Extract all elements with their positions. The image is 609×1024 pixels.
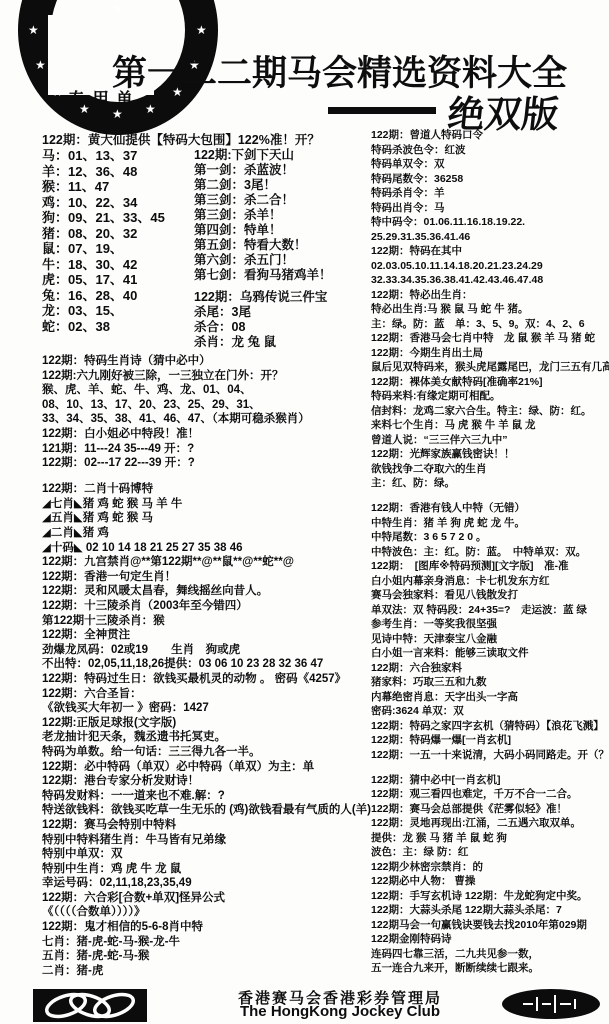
text-line: 122期：六合彩[合数+单双]怪异公式: [42, 891, 374, 906]
text-line: 122期：九宫禁肖@**第122期**@**鼠**@**蛇**@: [42, 555, 374, 570]
text-line: 内幕绝密肖息：天字出头一字高: [371, 690, 609, 705]
footer-english-title: The HongKong Jockey Club: [180, 1003, 500, 1020]
text-line: 02.03.05.10.11.14.18.20.21.23.24.29: [371, 259, 609, 274]
text-line: 122期：灵地再现出:江涌，二五遇六取双单。: [371, 816, 609, 831]
text-line: 兔：16、28、40: [42, 288, 194, 304]
text-line: 122期：猜中必中[一肖玄机]: [371, 773, 609, 788]
text-line: 第二剑：3尾！: [194, 178, 374, 193]
text-line: 杀肖：龙 兔 鼠: [194, 335, 374, 350]
text-line: ◢二肖◣猪 鸡: [42, 526, 374, 541]
text-line: ◢七肖◣猪 鸡 蛇 猴 马 羊 牛: [42, 497, 374, 512]
text-line: 特码来料:有缘定期可相配。: [371, 389, 609, 404]
text-line: 虎：05、17、41: [42, 272, 194, 288]
text-line: 第五剑：特看大数！: [194, 238, 374, 253]
text-line: 25.29.31.35.36.41.46: [371, 230, 609, 245]
text-line: 122期：特码生肖诗（猜中必中）: [42, 354, 374, 369]
text-line: 单双法：双 特码段：24+35=? 走运波：蓝 绿: [371, 603, 609, 618]
text-line: 波色：主：绿 防：红: [371, 845, 609, 860]
text-line: 122期：赛马会总部提供《茫雾似轻》准！: [371, 802, 609, 817]
text-line: 参考生肖：一等奖我很坚强: [371, 617, 609, 632]
text-line: 122期：特码过生日：欲钱买最机灵的动物 。 密码《4257》: [42, 672, 374, 687]
text-line: 白小姐一言来料：能够三读取文件: [371, 646, 609, 661]
text-line: 老龙抽计犯天条，魏丞遗书托冥吏。: [42, 730, 374, 745]
text-line: 122期：光辉家族赢钱密诀！！: [371, 447, 609, 462]
text-line: 特码单双令：双: [371, 157, 609, 172]
sword-title: 122期:下剑下天山: [194, 148, 374, 163]
text-line: 122期：02---17 22---39 开：?: [42, 456, 374, 471]
text-line: 第122期十三陵杀肖：猴: [42, 614, 374, 629]
text-line: 122期少林密宗禁肖：的: [371, 860, 609, 875]
text-line: 特别中特料猪生肖：牛马皆有兄弟缘: [42, 833, 374, 848]
text-line: 狗：09、21、33、45: [42, 210, 194, 226]
text-line: 二肖：猪-虎: [42, 964, 374, 979]
text-line: 122期：鬼才相信的5-6-8肖中特: [42, 920, 374, 935]
text-line: 第一剑：杀蓝波！: [194, 163, 374, 178]
text-line: 122期：手写玄机诗 122期：牛龙蛇狗定中奖。: [371, 889, 609, 904]
text-line: 特必出生肖:马 猴 鼠 马 蛇 牛 猪。: [371, 302, 609, 317]
text-line: 122期：十三陵杀肖（2003年至今错四）: [42, 599, 374, 614]
text-line: 七肖：猪-虎-蛇-马-猴-龙-牛: [42, 935, 374, 950]
text-line: 122期：港台专家分析发财诗！: [42, 774, 374, 789]
text-line: 鸡：10、22、34: [42, 195, 194, 211]
text-line: 122期：二肖十码博特: [42, 482, 374, 497]
text-line: 特送欲钱料：欲钱买吃草一生无乐的 (鸡)欲钱看最有气质的人(羊): [42, 803, 374, 818]
text-line: 白小姐内幕亲身消息：卡七机发东方红: [371, 574, 609, 589]
text-line: 第七剑：看狗马猪鸡羊！: [194, 268, 374, 283]
text-line: 第六剑：杀五门！: [194, 253, 374, 268]
text-line: 122期：特码爆一爆[一肖玄机]: [371, 733, 609, 748]
text-line: 122期：香港有钱人中特（无错）: [371, 501, 609, 516]
text-line: 《（（（（合数单））））》: [42, 905, 374, 920]
text-line: 122期：特码在其中: [371, 244, 609, 259]
text-line: 122期：赛马会特别中特料: [42, 818, 374, 833]
footer: 香港赛马会香港彩券管理局 The HongKong Jockey Club: [0, 986, 609, 1024]
zodiac-number-list: 马：01、13、37羊：12、36、48猴：11、47鸡：10、22、34狗：0…: [42, 148, 194, 350]
text-line: 猪家料：巧取三五和九数: [371, 675, 609, 690]
text-line: 122期：灵和风暖太昌春，舞线摇丝向昔人。: [42, 584, 374, 599]
text-line: 122期必中人物： 曹操: [371, 874, 609, 889]
text-line: 牛：18、30、42: [42, 257, 194, 273]
text-line: 劲爆龙凤码：02或19 生肖 狗或虎: [42, 643, 374, 658]
text-line: 122期：必中特码（单双）必中特码（单双）为主：单: [42, 760, 374, 775]
star-icon: ★: [35, 0, 46, 1]
text-line: ◢五肖◣猪 鸡 蛇 猴 马: [42, 511, 374, 526]
text-line: 羊：12、36、48: [42, 164, 194, 180]
text-line: 杀合：08: [194, 320, 374, 335]
text-line: 不出特：02,05,11,18,26提供：03 06 10 23 28 32 3…: [42, 657, 374, 672]
text-line: 121期：11---24 35---49 开：?: [42, 442, 374, 457]
right-column: 122期：曾道人特码口令特码杀波色令：红波特码单双令：双特码尾数令：36258特…: [371, 128, 609, 976]
text-line: 122期:六九刚好被三除，一三独立在门外：开？: [42, 369, 374, 384]
text-line: 特中码令：01.06.11.16.18.19.22.: [371, 215, 609, 230]
text-line: 特别中单双：双: [42, 847, 374, 862]
text-line: 第三剑：杀二合！: [194, 193, 374, 208]
edition-dash: [328, 107, 436, 114]
text-line: 122期：香港马会七肖中特 龙 鼠 猴 羊 马 猪 蛇: [371, 331, 609, 346]
text-line: 信封料：龙鸡二家六合生。特主：绿、防：红。: [371, 404, 609, 419]
text-line: 第四剑：特单！: [194, 223, 374, 238]
text-line: 122期： [图库※特码预测][文字版] 准-准: [371, 559, 609, 574]
page: ★ ★ ★ ★ ★ ★ ★ ★ ★ ★ ★ ★ 专用单 第一二二期马会精选资料大…: [0, 0, 609, 1024]
star-icon: ★: [35, 59, 46, 71]
text-line: 特别中生肖：鸡 虎 牛 龙 鼠: [42, 862, 374, 877]
crow-title: 122期：乌鸦传说三件宝: [194, 290, 374, 305]
text-line: 主：绿。防：蓝 单：3、5、9。双：4、2、6: [371, 317, 609, 332]
text-line: 猪：08、20、32: [42, 226, 194, 242]
text-line: 122期：六合圣旨：: [42, 687, 374, 702]
text-line: 五一连合九来开，断断续续七跟来。: [371, 961, 609, 976]
text-line: 122期：观三看四也难定，千万不合一二合。: [371, 787, 609, 802]
text-line: 龙：03、15、: [42, 303, 194, 319]
text-line: 主：红、防：绿。: [371, 476, 609, 491]
text-line: 来料七个生肖：马 虎 猴 牛 羊 鼠 龙: [371, 418, 609, 433]
text-line: 《欲钱买大年初一 》密码：1427: [42, 701, 374, 716]
text-line: 赛马会独家料：看见八钱散发打: [371, 588, 609, 603]
text-line: 122期：白小姐必中特段！准！: [42, 427, 374, 442]
text-line: 第三剑：杀羊！: [194, 208, 374, 223]
star-icon: ★: [189, 0, 200, 1]
text-line: 幸运号码：02,11,18,23,35,49: [42, 876, 374, 891]
left-text-lines: 122期：特码生肖诗（猜中必中）122期:六九刚好被三除，一三独立在门外：开？猴…: [42, 354, 374, 978]
text-line: 122期：特码之家四字玄机（猜特码）【浪花飞溅】: [371, 719, 609, 734]
text-line: 特码发财料：一一道来也不难.解：?: [42, 789, 374, 804]
text-line: [371, 762, 609, 773]
star-icon: ★: [52, 86, 63, 98]
star-icon: ★: [112, 2, 123, 14]
text-line: 中特尾数：3 6 5 7 2 0 。: [371, 530, 609, 545]
text-line: 连码四七靠三活，二九共见参一数，: [371, 947, 609, 962]
text-line: 特码为单数。给一句话：三三得九各一半。: [42, 745, 374, 760]
text-line: 猴、虎、羊、蛇、牛、鸡、龙、01、04、: [42, 383, 374, 398]
text-line: 提供：龙 猴 马 猪 羊 鼠 蛇 狗: [371, 831, 609, 846]
sword-list: 第一剑：杀蓝波！第二剑：3尾！第三剑：杀二合！第三剑：杀羊！第四剑：特单！第五剑…: [194, 163, 374, 283]
text-line: 蛇：02、38: [42, 319, 194, 335]
text-line: 122期金刚特码诗: [371, 932, 609, 947]
text-line: 33、34、35、38、41、46、47、（本期可稳杀猴肖）: [42, 412, 374, 427]
text-line: ◢十码◣ 02 10 14 18 21 25 27 35 38 46: [42, 541, 374, 556]
text-line: 五肖：猪-虎-蛇-马-猴: [42, 949, 374, 964]
text-line: 曾道人说：“三三伴六三九中”: [371, 433, 609, 448]
text-line: 特码尾数令：36258: [371, 172, 609, 187]
text-line: 122期：全神贯注: [42, 628, 374, 643]
text-line: 特码杀肖令：羊: [371, 186, 609, 201]
star-icon: ★: [196, 24, 207, 36]
text-line: 122期：六合独家料: [371, 661, 609, 676]
text-line: 122期马会一句赢钱诀要钱去找2010年第029期: [371, 918, 609, 933]
hkjc-logo-icon: [33, 989, 147, 1022]
text-line: 杀尾：3尾: [194, 305, 374, 320]
oval-stamp-icon: [501, 988, 601, 1020]
text-line: 马：01、13、37: [42, 148, 194, 164]
spacer: [194, 283, 374, 290]
text-line: 122期：大蒜头杀尾 122期大蒜头杀尾：7: [371, 903, 609, 918]
text-line: 鼠：07、19、: [42, 241, 194, 257]
text-line: 见诗中特：天津泰宝八金融: [371, 632, 609, 647]
text-line: 122期：一五一十来说清，大码小码同路走。开（？？）: [371, 748, 609, 763]
section-huangdaxian: 马：01、13、37羊：12、36、48猴：11、47鸡：10、22、34狗：0…: [42, 148, 374, 350]
text-line: 122期:正版足球报(文字版): [42, 716, 374, 731]
text-line: 08、10、13、17、20、23、25、29、31、: [42, 398, 374, 413]
section-huangdaxian-title: 122期：黄大仙提供【特码大包围】122%准！开？: [42, 132, 374, 148]
text-line: 特码出肖令：马: [371, 201, 609, 216]
crow-list: 杀尾：3尾杀合：08杀肖：龙 兔 鼠: [194, 305, 374, 350]
text-line: 中特波色：主：红。防：蓝。 中特单双：双。: [371, 545, 609, 560]
text-line: 中特生肖：猪 羊 狗 虎 蛇 龙 牛。: [371, 516, 609, 531]
text-line: 猴：11、47: [42, 179, 194, 195]
text-line: 122期：特必出生肖：: [371, 288, 609, 303]
text-line: 特码杀波色令：红波: [371, 143, 609, 158]
text-line: 32.33.34.35.36.38.41.42.43.46.47.48: [371, 273, 609, 288]
left-column: 122期：黄大仙提供【特码大包围】122%准！开？ 马：01、13、37羊：12…: [42, 132, 374, 978]
text-line: 鼠后见双特码来，猴头虎尾露尾巴，龙门三五有几高。: [371, 360, 609, 375]
star-icon: ★: [28, 24, 39, 36]
sword-column: 122期:下剑下天山 第一剑：杀蓝波！第二剑：3尾！第三剑：杀二合！第三剑：杀羊…: [194, 148, 374, 350]
text-line: 122期：今期生肖出土局: [371, 346, 609, 361]
edition-label: 绝双版: [445, 84, 562, 138]
text-line: [371, 491, 609, 502]
text-line: [42, 471, 374, 483]
text-line: 欲钱找争二夺取六的生肖: [371, 462, 609, 477]
text-line: 密码:3624 单双：双: [371, 704, 609, 719]
text-line: 122期：香港一句定生肖！: [42, 570, 374, 585]
text-line: 122期：裸体美女献特码[准确率21%]: [371, 375, 609, 390]
